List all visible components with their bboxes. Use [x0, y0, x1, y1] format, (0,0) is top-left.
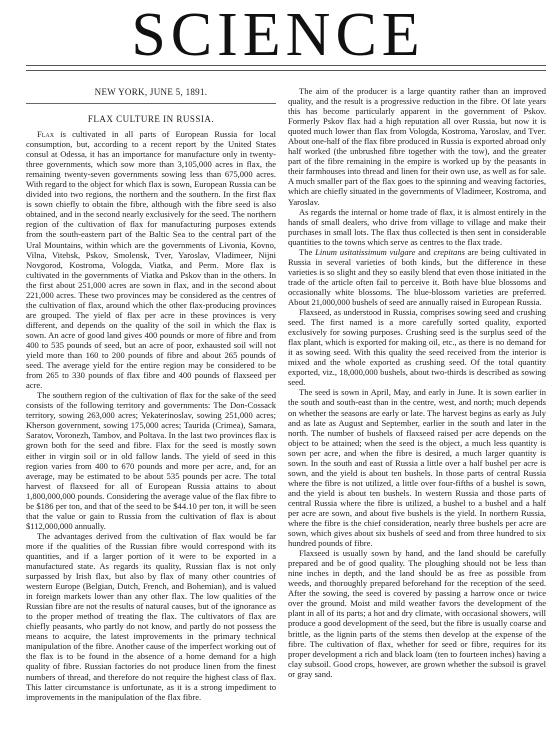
right-column: The aim of the producer is a large quant… [288, 86, 546, 679]
paragraph-text: is cultivated in all parts of European R… [26, 129, 276, 390]
article-paragraph-6: The Linum usitatissimum vulgare and crep… [288, 247, 546, 307]
paragraph-text: and [415, 247, 433, 257]
article-paragraph-4: The aim of the producer is a large quant… [288, 86, 546, 207]
masthead-double-rule [26, 65, 546, 71]
article-paragraph-9: Flaxseed is usually sown by hand, and th… [288, 548, 546, 679]
variety-name-italic: crepitans [433, 247, 465, 257]
article-title: FLAX CULTURE IN RUSSIA. [26, 113, 276, 125]
article-paragraph-5: As regards the internal or home trade of… [288, 207, 546, 247]
paragraph-text: The [299, 247, 315, 257]
left-column: NEW YORK, JUNE 5, 1891. FLAX CULTURE IN … [26, 84, 276, 702]
masthead-title: SCIENCE [0, 2, 556, 68]
article-paragraph-2: The southern region of the cultivation o… [26, 390, 276, 531]
article-paragraph-1: Flax is cultivated in all parts of Europ… [26, 129, 276, 390]
article-paragraph-7: Flaxseed, as understood in Russia, compr… [288, 307, 546, 387]
dateline-rule [26, 103, 276, 104]
dateline: NEW YORK, JUNE 5, 1891. [26, 86, 276, 98]
species-name-italic: Linum usitatissimum vulgare [315, 247, 415, 257]
article-paragraph-3: The advantages derived from the cultivat… [26, 531, 276, 702]
article-paragraph-8: The seed is sown in April, May, and earl… [288, 387, 546, 548]
drop-lead-word: Flax [37, 129, 54, 139]
